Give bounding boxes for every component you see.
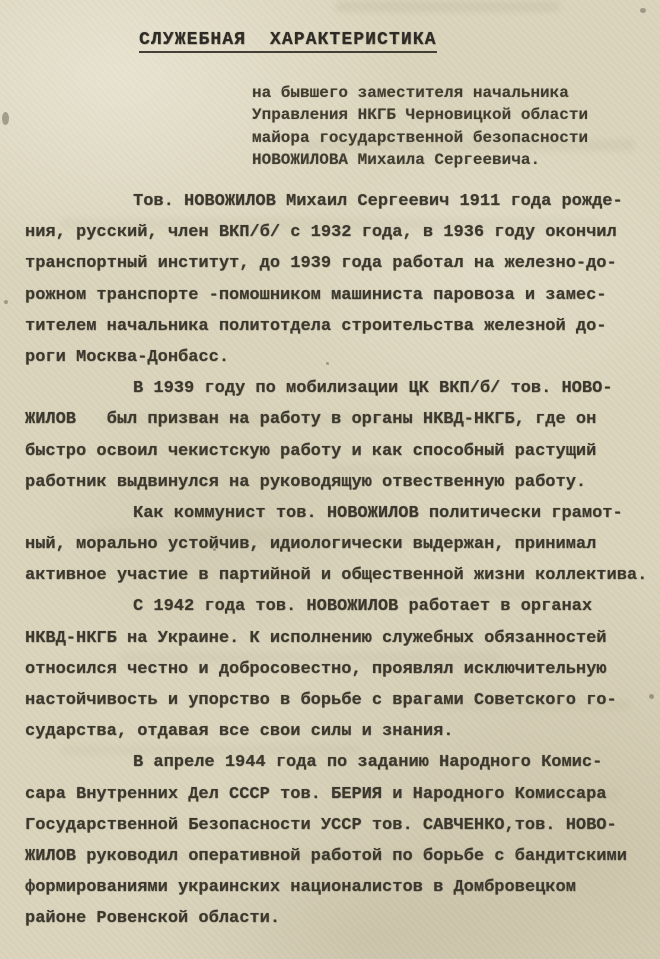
paragraph-mobilization: В 1939 году по мобилизации ЦК ВКП/б/ тов…	[25, 373, 649, 498]
ink-speck	[4, 300, 8, 304]
paragraph-service-ukraine: С 1942 года тов. НОВОЖИЛОВ работает в ор…	[25, 591, 649, 747]
text-line: ЖИЛОВ руководил оперативной работой по б…	[25, 841, 649, 872]
text-line: настойчивость и упорство в борьбе с враг…	[25, 685, 649, 716]
text-line: Как коммунист тов. НОВОЖИЛОВ политически…	[25, 498, 649, 529]
scanned-document-page: СЛУЖЕБНАЯ ХАРАКТЕРИСТИКА на бывшего заме…	[0, 0, 660, 959]
text-line: С 1942 года тов. НОВОЖИЛОВ работает в ор…	[25, 591, 649, 622]
text-line: В 1939 году по мобилизации ЦК ВКП/б/ тов…	[25, 373, 649, 404]
text-line: В апреле 1944 года по заданию Народного …	[25, 747, 649, 778]
bleed-through-artifact	[335, 1, 560, 12]
text-line: ный, морально устойчив, идиологически вы…	[25, 529, 649, 560]
paragraph-operation-1944: В апреле 1944 года по заданию Народного …	[25, 747, 649, 934]
text-line: формированиями украинских националистов …	[25, 872, 649, 903]
text-line: НКВД-НКГБ на Украине. К исполнению служе…	[25, 623, 649, 654]
text-line: рожном транспорте -помошником машиниста …	[25, 280, 649, 311]
text-line: быстро освоил чекистскую работу и как сп…	[25, 436, 649, 467]
text-line: ния, русский, член ВКП/б/ с 1932 года, в…	[25, 217, 649, 248]
text-line: работник выдвинулся на руководящую отвес…	[25, 467, 649, 498]
document-body: Тов. НОВОЖИЛОВ Михаил Сергеевич 1911 год…	[25, 186, 649, 935]
text-line: НОВОЖИЛОВА Михаила Сергеевича.	[252, 149, 588, 171]
paragraph-party-character: Как коммунист тов. НОВОЖИЛОВ политически…	[25, 498, 649, 592]
text-line: активное участие в партийной и обществен…	[25, 560, 649, 591]
text-line: на бывшего заместителя начальника	[252, 82, 588, 104]
text-line: сара Внутренних Дел СССР тов. БЕРИЯ и На…	[25, 779, 649, 810]
text-line: майора государственной безопасности	[252, 127, 588, 149]
addressee-block: на бывшего заместителя начальникаУправле…	[252, 82, 588, 172]
text-line: сударства, отдавая все свои силы и знани…	[25, 716, 649, 747]
ink-speck	[640, 8, 646, 13]
text-line: Государственной Безопасности УССР тов. С…	[25, 810, 649, 841]
text-line: Управления НКГБ Черновицкой области	[252, 104, 588, 126]
paragraph-biography: Тов. НОВОЖИЛОВ Михаил Сергеевич 1911 год…	[25, 186, 649, 373]
text-line: транспортный институт, до 1939 года рабо…	[25, 248, 649, 279]
text-line: относился честно и добросовестно, проявл…	[25, 654, 649, 685]
ink-speck	[2, 112, 9, 125]
text-line: Тов. НОВОЖИЛОВ Михаил Сергеевич 1911 год…	[25, 186, 649, 217]
ink-speck	[649, 694, 654, 699]
text-line: ЖИЛОВ был призван на работу в органы НКВ…	[25, 404, 649, 435]
text-line: тителем начальника политотдела строитель…	[25, 311, 649, 342]
document-title: СЛУЖЕБНАЯ ХАРАКТЕРИСТИКА	[139, 30, 437, 53]
text-line: районе Ровенской области.	[25, 903, 649, 934]
text-line: роги Москва-Донбасс.	[25, 342, 649, 373]
